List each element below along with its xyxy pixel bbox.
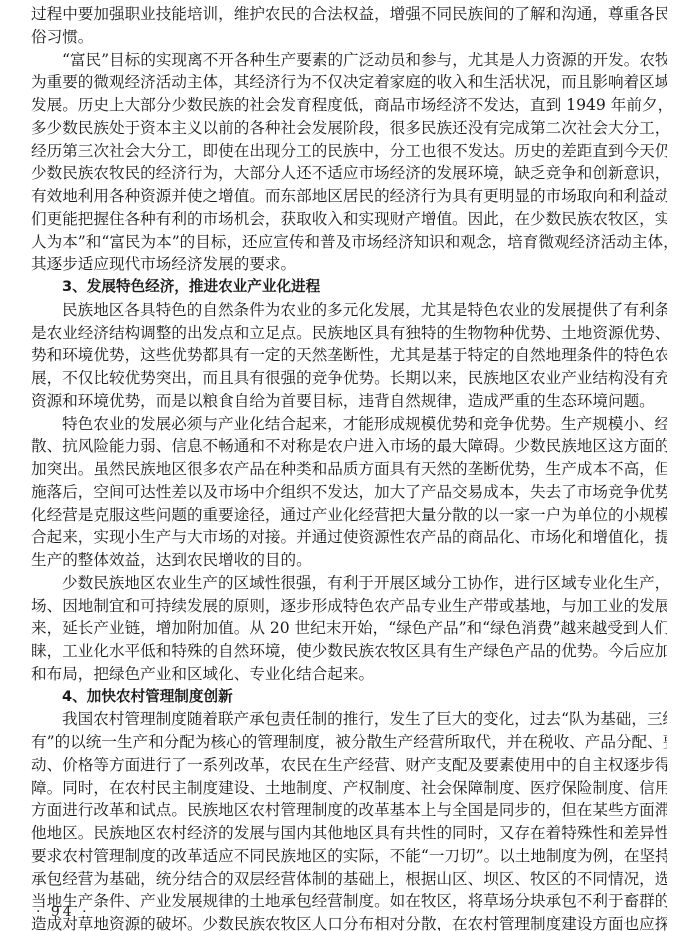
text-line: 有”的以统一生产和分配为核心的管理制度，被分散生产经营所取代，并在税收、产品分配… — [31, 731, 667, 754]
text-line: 散、抗风险能力弱、信息不畅通和不对称是农户进入市场的最大障碍。少数民族地区这方面… — [31, 435, 667, 458]
text-line: 民族地区各具特色的自然条件为农业的多元化发展，尤其是特色农业的发展提供了有利条件… — [31, 299, 667, 322]
text-line: 4、加快农村管理制度创新 — [31, 686, 667, 709]
text-line: 场、因地制宜和可持续发展的原则，逐步形成特色农产品专业生产带或基地，与加工业的发… — [31, 595, 667, 618]
text-line: 要求农村管理制度的改革适应不同民族地区的实际，不能“一刀切”。以土地制度为例，在… — [31, 845, 667, 868]
text-line: 他地区。民族地区农村经济的发展与国内其他地区具有共性的同时，又存在着特殊性和差异… — [31, 822, 667, 845]
text-line: 和布局，把绿色产业和区域化、专业化结合起来。 — [31, 663, 667, 686]
text-line: 过程中要加强职业技能培训，维护农民的合法权益，增强不同民族间的了解和沟通，尊重各… — [31, 3, 667, 26]
text-line: 其逐步适应现代市场经济发展的要求。 — [31, 253, 667, 276]
paragraph: 少数民族地区农业生产的区域性很强，有利于开展区域分工协作，进行区域专业化生产，按… — [31, 572, 667, 686]
text-line: 当地生产条件、产业发展规律的土地承包经营制度。如在牧区，将草场分块承包不利于畜群… — [31, 890, 667, 913]
text-line: 来，延长产业链，增加附加值。从 20 世纪末开始，“绿色产品”和“绿色消费”越来… — [31, 617, 667, 640]
paragraph: 我国农村管理制度随着联产承包责任制的推行，发生了巨大的变化，过去“队为基础，三级… — [31, 708, 667, 931]
text-line: 障。同时，在农村民主制度建设、土地制度、产权制度、社会保障制度、医疗保险制度、信… — [31, 777, 667, 800]
text-line: 俗习惯。 — [31, 26, 667, 49]
text-line: 施落后，空间可达性差以及市场中介组织不发达，加大了产品交易成本，失去了市场竞争优… — [31, 481, 667, 504]
text-line: 加突出。虽然民族地区很多农产品在种类和品质方面具有天然的垄断优势，生产成本不高，… — [31, 458, 667, 481]
text-line: 展，不仅比较优势突出，而且具有很强的竞争优势。长期以来，民族地区农业产业结构没有… — [31, 367, 667, 390]
text-line: 发展。历史上大部分少数民族的社会发育程度低，商品市场经济不发达，直到 1949 … — [31, 94, 667, 117]
paragraph: 民族地区各具特色的自然条件为农业的多元化发展，尤其是特色农业的发展提供了有利条件… — [31, 299, 667, 413]
text-line: 资源和环境优势，而是以粮食自给为首要目标，违背自然规律，造成严重的生态环境问题。 — [31, 390, 667, 413]
text-line: 化经营是克服这些问题的重要途径，通过产业化经营把大量分散的以一家一户为单位的小规… — [31, 504, 667, 527]
text-line: 少数民族农牧民的经济行为，大部分人还不适应市场经济的发展环境，缺乏竞争和创新意识… — [31, 162, 667, 185]
text-line: 们更能把握住各种有利的市场机会，获取收入和实现财产增值。因此，在少数民族农牧区，… — [31, 208, 667, 231]
page-number: · 94 · — [36, 904, 90, 920]
paragraph: “富民”目标的实现离不开各种生产要素的广泛动员和参与，尤其是人力资源的开发。农牧… — [31, 49, 667, 277]
text-line: 有效地利用各种资源并使之增值。而东部地区居民的经济行为具有更明显的市场取向和利益… — [31, 185, 667, 208]
text-line: 睐，工业化水平低和特殊的自然环境，使少数民族农牧区具有生产绿色产品的优势。今后应… — [31, 640, 667, 663]
text-line: 3、发展特色经济，推进农业产业化进程 — [31, 276, 667, 299]
text-line: 承包经营为基础，统分结合的双层经营体制的基础上，根据山区、坝区、牧区的不同情况，… — [31, 868, 667, 891]
text-line: 多少数民族处于资本主义以前的各种社会发展阶段，很多民族还没有完成第二次社会大分工… — [31, 117, 667, 140]
text-line: “富民”目标的实现离不开各种生产要素的广泛动员和参与，尤其是人力资源的开发。农牧… — [31, 49, 667, 72]
text-line: 势和环境优势，这些优势都具有一定的天然垄断性，尤其是基于特定的自然地理条件的特色… — [31, 344, 667, 367]
text-line: 人为本”和“富民为本”的目标，还应宣传和普及市场经济知识和观念，培育微观经济活动… — [31, 231, 667, 254]
text-line: 为重要的微观经济活动主体，其经济行为不仅决定着家庭的收入和生活状况，而且影响着区… — [31, 71, 667, 94]
text-line: 造成对草地资源的破坏。少数民族农牧区人口分布相对分散，在农村管理制度建设方面也应… — [31, 913, 667, 931]
text-line: 方面进行改革和试点。民族地区农村管理制度的改革基本上与全国是同步的，但在某些方面… — [31, 799, 667, 822]
text-line: 是农业经济结构调整的出发点和立足点。民族地区具有独特的生物物种优势、土地资源优势… — [31, 322, 667, 345]
text-line: 经历第三次社会大分工，即使在出现分工的民族中，分工也很不发达。历史的差距直到今天… — [31, 140, 667, 163]
section-heading: 3、发展特色经济，推进农业产业化进程 — [31, 276, 667, 299]
text-line: 特色农业的发展必须与产业化结合起来，才能形成规模优势和竞争优势。生产规模小、经营… — [31, 413, 667, 436]
text-line: 合起来，实现小生产与大市场的对接。并通过使资源性农产品的商品化、市场化和增值化，… — [31, 526, 667, 549]
text-line: 我国农村管理制度随着联产承包责任制的推行，发生了巨大的变化，过去“队为基础，三级… — [31, 708, 667, 731]
text-line: 生产的整体效益，达到农民增收的目的。 — [31, 549, 667, 572]
text-line: 动、价格等方面进行了一系列改革，农民在生产经营、财产支配及要素使用中的自主权逐步… — [31, 754, 667, 777]
paragraph: 过程中要加强职业技能培训，维护农民的合法权益，增强不同民族间的了解和沟通，尊重各… — [31, 3, 667, 49]
paragraph: 特色农业的发展必须与产业化结合起来，才能形成规模优势和竞争优势。生产规模小、经营… — [31, 413, 667, 572]
document-page: 过程中要加强职业技能培训，维护农民的合法权益，增强不同民族间的了解和沟通，尊重各… — [31, 3, 667, 931]
section-heading: 4、加快农村管理制度创新 — [31, 686, 667, 709]
text-line: 少数民族地区农业生产的区域性很强，有利于开展区域分工协作，进行区域专业化生产，按… — [31, 572, 667, 595]
